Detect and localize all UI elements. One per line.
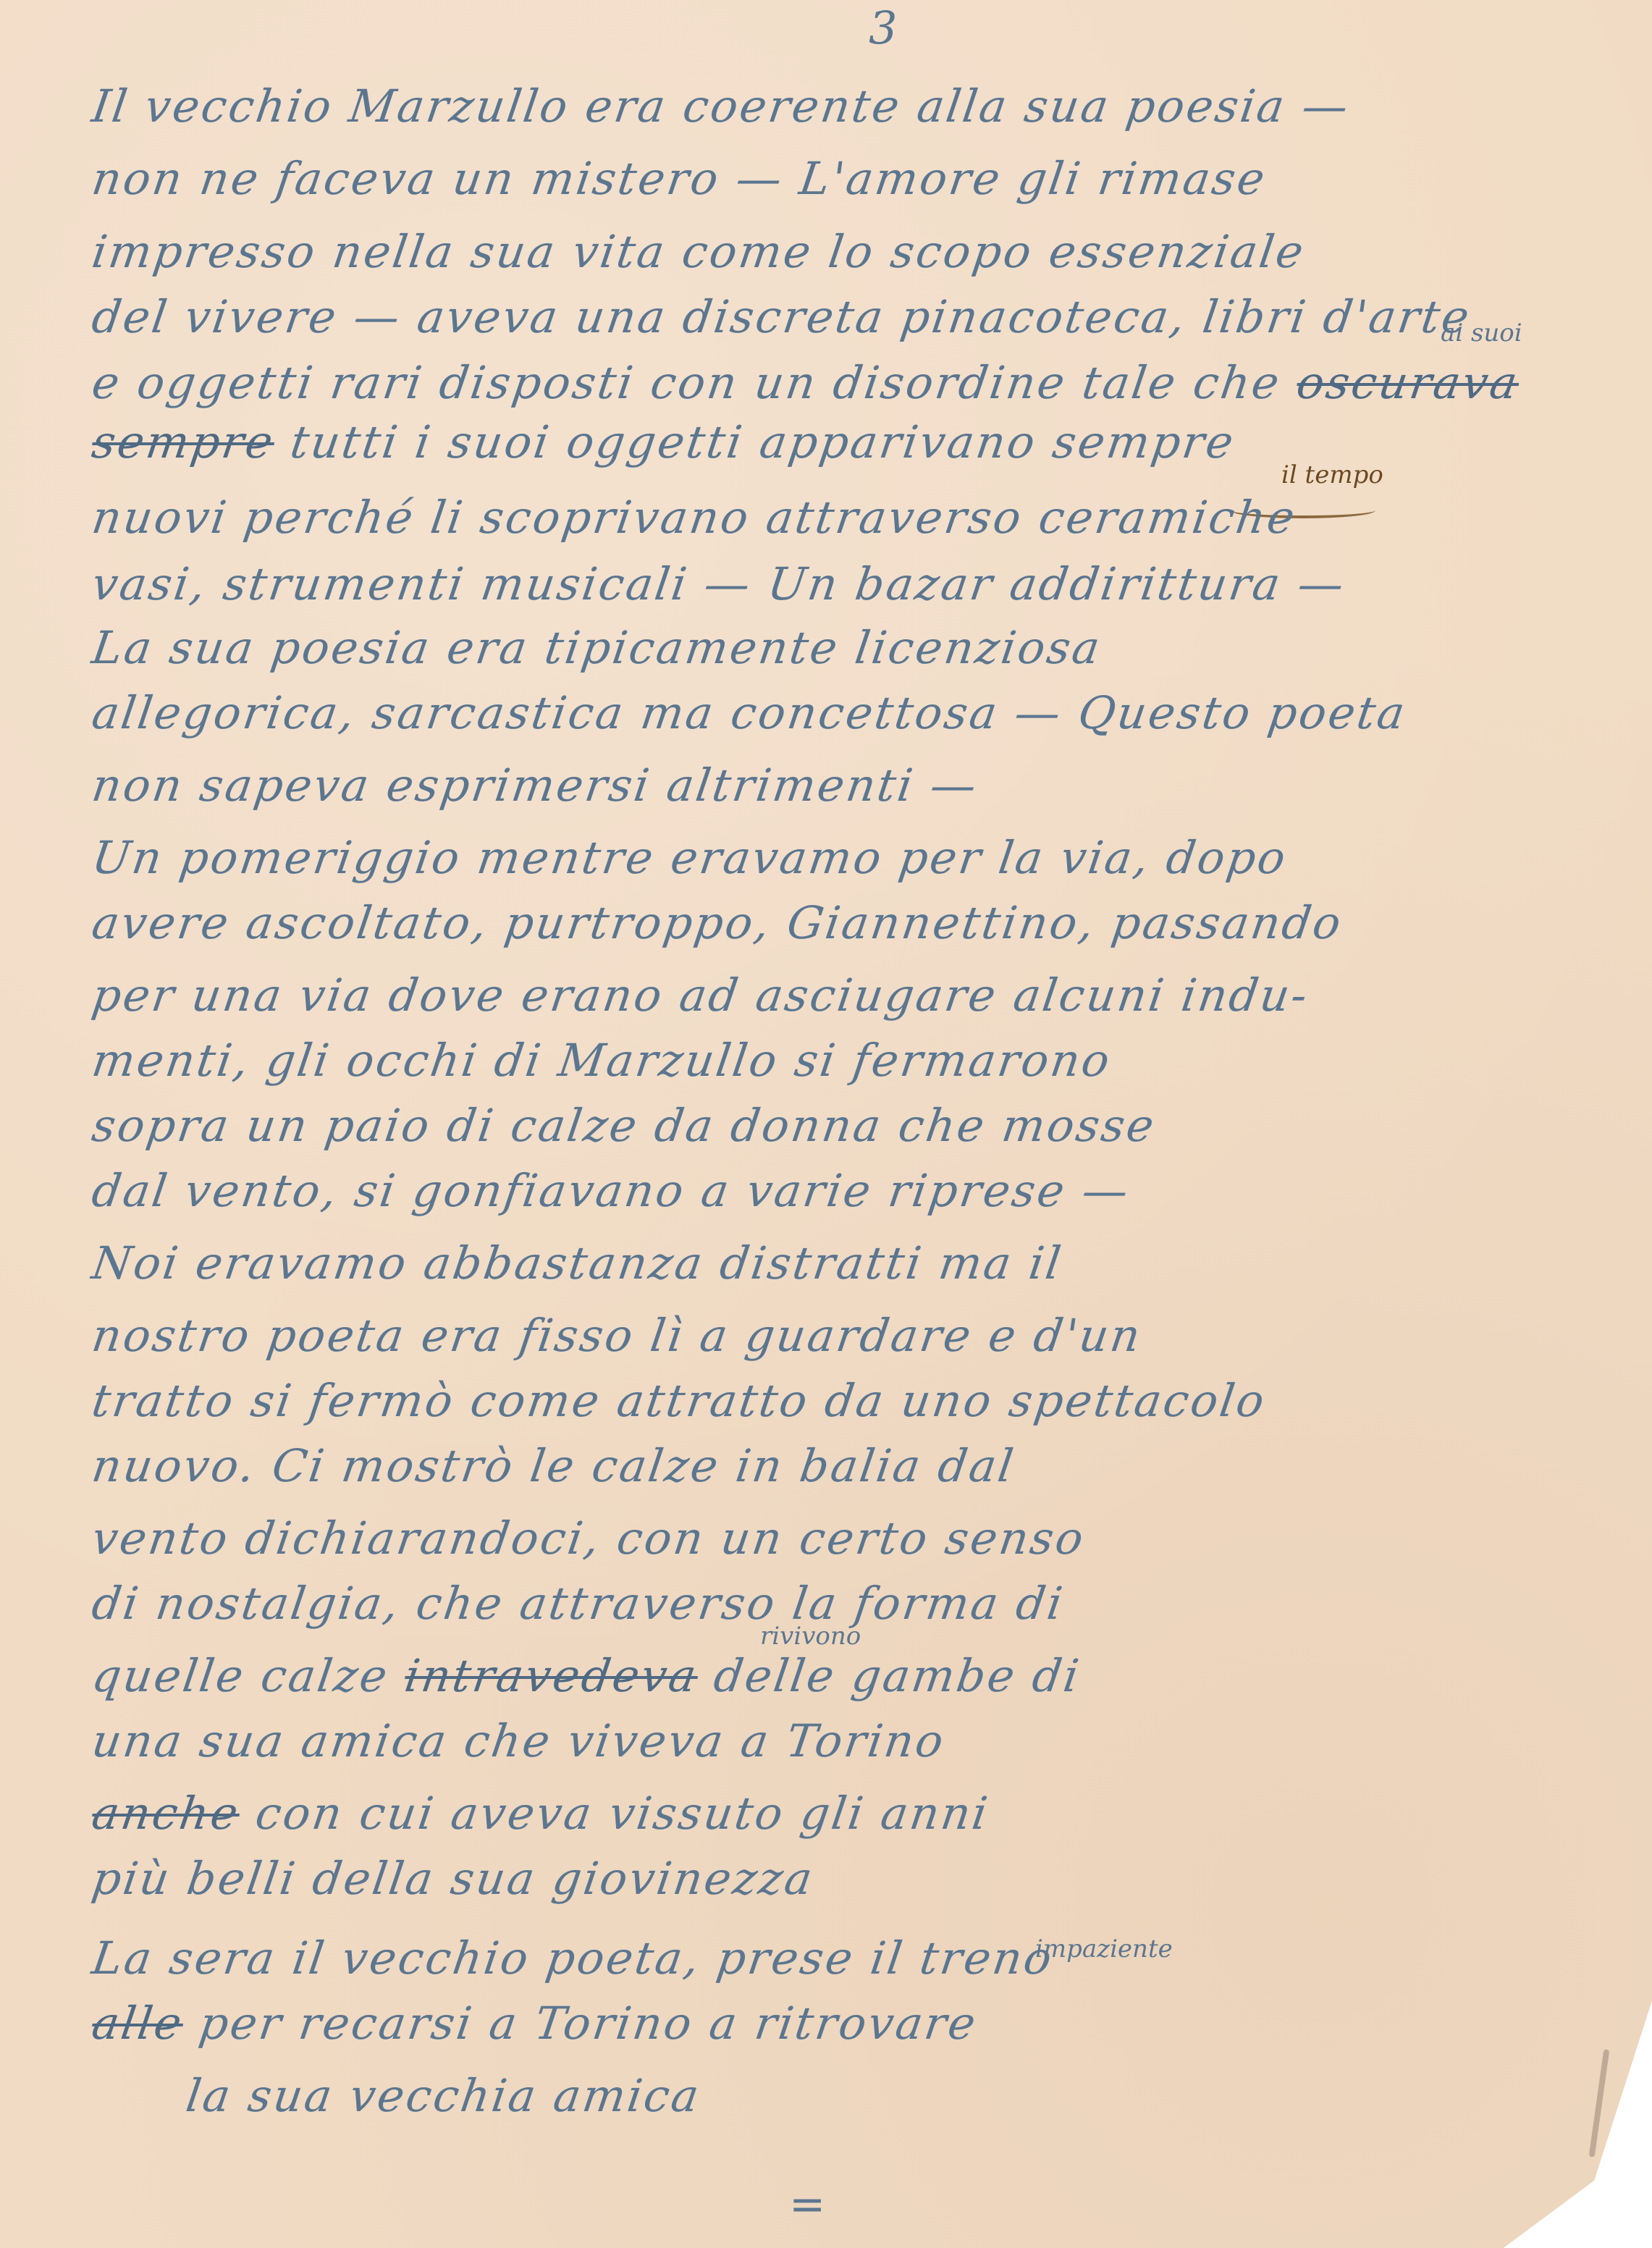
line-text: vento dichiarandoci, con un certo senso [89,1512,1089,1565]
line-text: più belli della sua giovinezza [89,1852,818,1905]
line-text: non ne faceva un mistero — L'amore gli r… [89,152,1270,205]
line-text: quelle calze [89,1649,393,1702]
manuscript-line: avere ascoltato, purtroppo, Giannettino,… [87,883,1634,963]
line-text: nuovo. Ci mostrò le calze in balia dal [89,1439,1019,1492]
line-text: Noi eravamo abbastanza distratti ma il [89,1237,1066,1289]
line-text: La sua poesia era tipicamente licenziosa [89,621,1105,674]
manuscript-line: nuovo. Ci mostrò le calze in balia dal [87,1426,1634,1506]
line-text: impresso nella sua vita come lo scopo es… [89,225,1309,278]
manuscript-line: Noi eravamo abbastanza distratti ma il [87,1224,1634,1303]
struck-word: anche [89,1787,244,1840]
line-text: la sua vecchia amica [183,2069,704,2122]
line-text: avere ascoltato, purtroppo, Giannettino,… [89,896,1347,949]
line-text: una sua amica che viveva a Torino [89,1714,949,1767]
end-mark: = [789,2179,825,2230]
manuscript-line: non ne faceva un mistero — L'amore gli r… [87,139,1634,219]
line-text: nostro poeta era fisso lì a guardare e d… [89,1309,1146,1362]
manuscript-line: di nostalgia, che attraverso la forma di [87,1564,1634,1643]
manuscript-line: allegorica, sarcastica ma concettosa — Q… [87,673,1634,753]
line-text: Il vecchio Marzullo era coerente alla su… [89,80,1354,132]
line-text: menti, gli occhi di Marzullo si fermaron… [89,1034,1115,1087]
manuscript-page: 3 Il vecchio Marzullo era coerente alla … [0,0,1652,2248]
manuscript-line: la sua vecchia amica [181,2056,1634,2136]
line-text: di nostalgia, che attraverso la forma di [89,1577,1068,1630]
line-text: tratto si fermò come attratto da uno spe… [89,1374,1270,1427]
line-text: ceramiche [1035,491,1299,544]
line-text: tutti i suoi oggetti apparivano sempre [287,416,1239,468]
line-text: e oggetti rari disposti con un disordine… [89,356,1285,409]
struck-word: oscurava [1294,356,1523,409]
manuscript-line: Il vecchio Marzullo era coerente alla su… [87,67,1634,146]
manuscript-line: alle per recarsi a Torino a ritrovare [87,1984,1634,2063]
line-text: per recarsi a Torino a ritrovare [196,1997,981,2050]
line-text: delle gambe di [711,1649,1084,1702]
struck-word: intravedeva [402,1649,702,1702]
line-text: non sapeva esprimersi altrimenti — [89,759,982,812]
struck-word: sempre [89,416,279,468]
line-text: sopra un paio di calze da donna che moss… [89,1099,1160,1152]
page-number: 3 [869,1,897,54]
manuscript-line: sempre tutti i suoi oggetti apparivano s… [87,403,1634,482]
line-text: del vivere — aveva una discreta pinacote… [89,290,1475,343]
line-text: per una via dove erano ad asciugare alcu… [89,969,1312,1022]
manuscript-line: non sapeva esprimersi altrimenti — [87,746,1634,825]
manuscript-line: dal vento, si gonfiavano a varie riprese… [87,1151,1634,1231]
manuscript-line: più belli della sua giovinezza [87,1839,1634,1919]
line-text: prese il treno [714,1932,1057,1984]
line-text: dal vento, si gonfiavano a varie riprese… [89,1164,1134,1217]
manuscript-line: una sua amica che viveva a Torino [87,1701,1634,1781]
line-text: vasi, strumenti musicali — Un bazar addi… [89,557,1349,610]
line-text: Un pomeriggio mentre eravamo per la via,… [89,831,1291,884]
line-text: La sera il vecchio poeta, [89,1932,705,1984]
line-text: nuovi perché li scoprivano attraverso [89,491,1027,544]
struck-word: alle [89,1997,187,2050]
line-text: allegorica, sarcastica ma concettosa — Q… [89,686,1410,739]
line-text: con cui aveva vissuto gli anni [253,1787,993,1840]
